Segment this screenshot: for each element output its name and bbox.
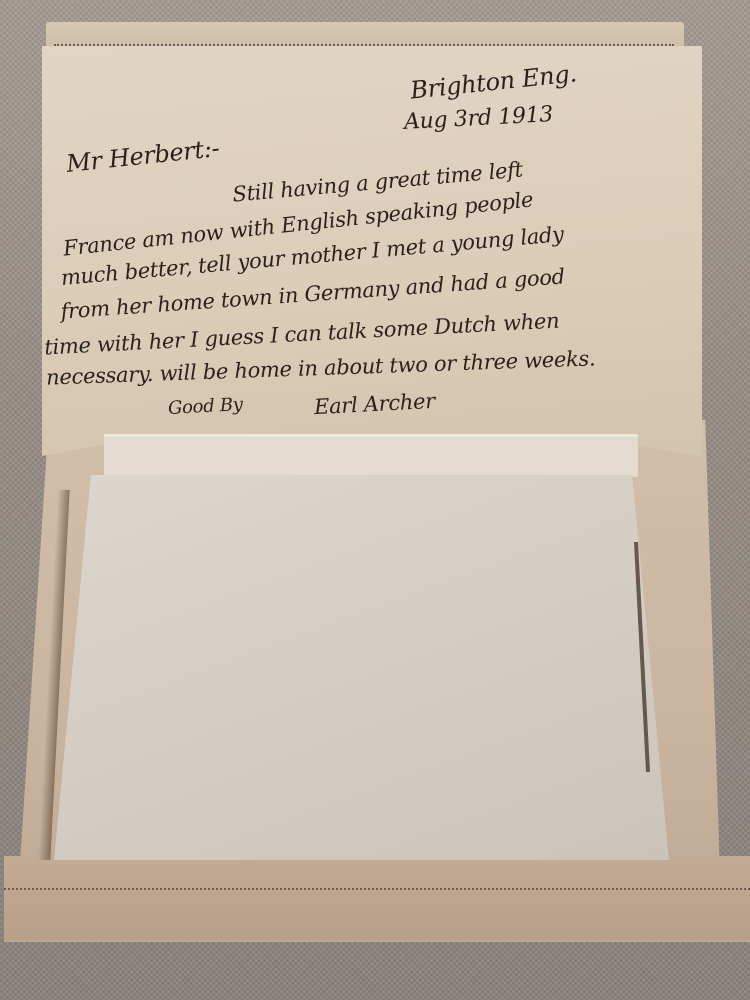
bottom-perforation-line — [4, 888, 750, 890]
bottom-perforated-strip — [4, 856, 750, 940]
letter-closing: Good By — [168, 394, 244, 419]
enclosure-card-back — [104, 434, 638, 477]
top-perforation-line — [54, 44, 674, 46]
folded-enclosure-card — [54, 475, 669, 860]
